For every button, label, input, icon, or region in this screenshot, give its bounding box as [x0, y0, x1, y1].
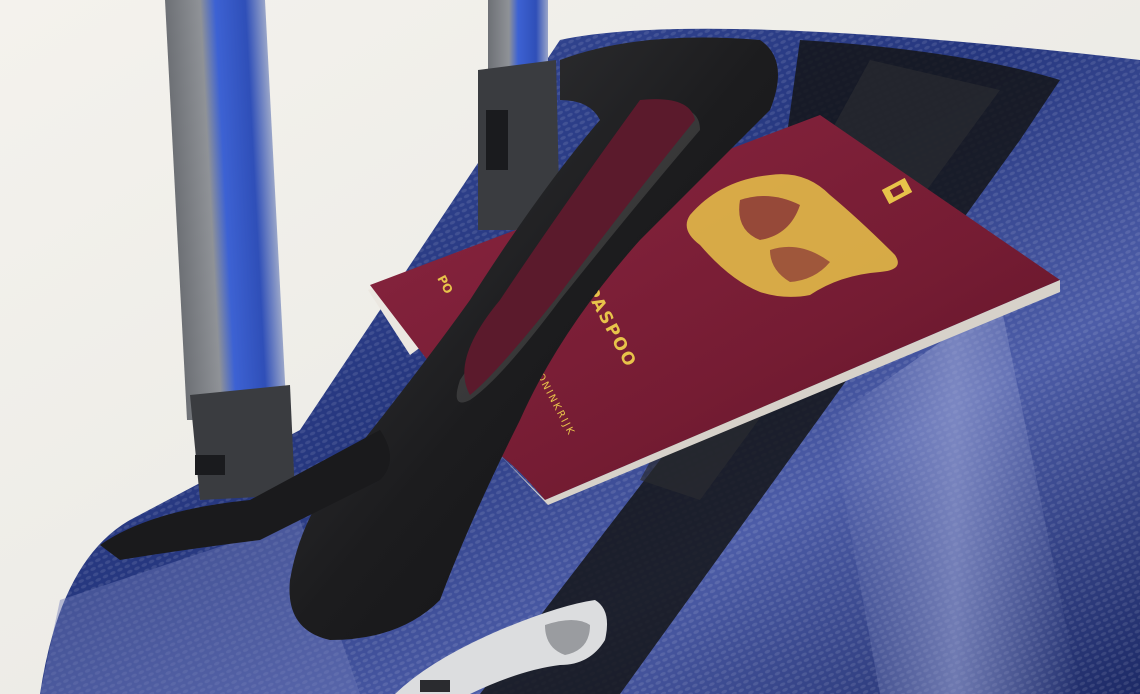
photo-scene: PASPOO KONINKRIJK PO [0, 0, 1140, 694]
passport-suitcase-photo: PASPOO KONINKRIJK PO [0, 0, 1140, 694]
left-rod-collar [190, 385, 295, 500]
